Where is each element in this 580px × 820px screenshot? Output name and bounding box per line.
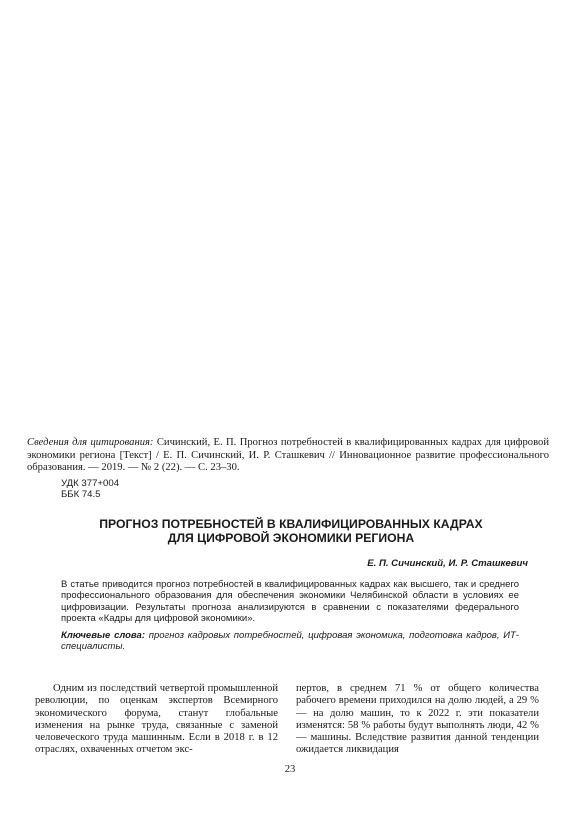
article-title: ПРОГНОЗ ПОТРЕБНОСТЕЙ В КВАЛИФИЦИРОВАННЫХ…: [30, 517, 552, 545]
keywords: Ключевые слова: прогноз кадровых потребн…: [61, 630, 519, 653]
title-line-2: ДЛЯ ЦИФРОВОЙ ЭКОНОМИКИ РЕГИОНА: [30, 531, 552, 545]
page-number: 23: [0, 764, 580, 775]
abstract: В статье приводится прогноз потребностей…: [61, 579, 519, 624]
document-page: Сведения для цитирования: Сичинский, Е. …: [0, 0, 580, 820]
citation-label: Сведения для цитирования:: [27, 437, 153, 448]
udk-code: УДК 377+004: [61, 478, 119, 489]
classification-codes: УДК 377+004 ББК 74.5: [61, 478, 119, 500]
citation-block: Сведения для цитирования: Сичинский, Е. …: [27, 437, 549, 475]
authors: Е. П. Сичинский, И. Р. Сташкевич: [367, 558, 528, 569]
keywords-label: Ключевые слова:: [61, 630, 145, 641]
bbk-code: ББК 74.5: [61, 489, 119, 500]
title-line-1: ПРОГНОЗ ПОТРЕБНОСТЕЙ В КВАЛИФИЦИРОВАННЫХ…: [30, 517, 552, 531]
body-left-column: Одним из последствий четвертой промышлен…: [35, 683, 278, 757]
body-right-column: пертов, в среднем 71 % от общего количес…: [296, 683, 539, 757]
